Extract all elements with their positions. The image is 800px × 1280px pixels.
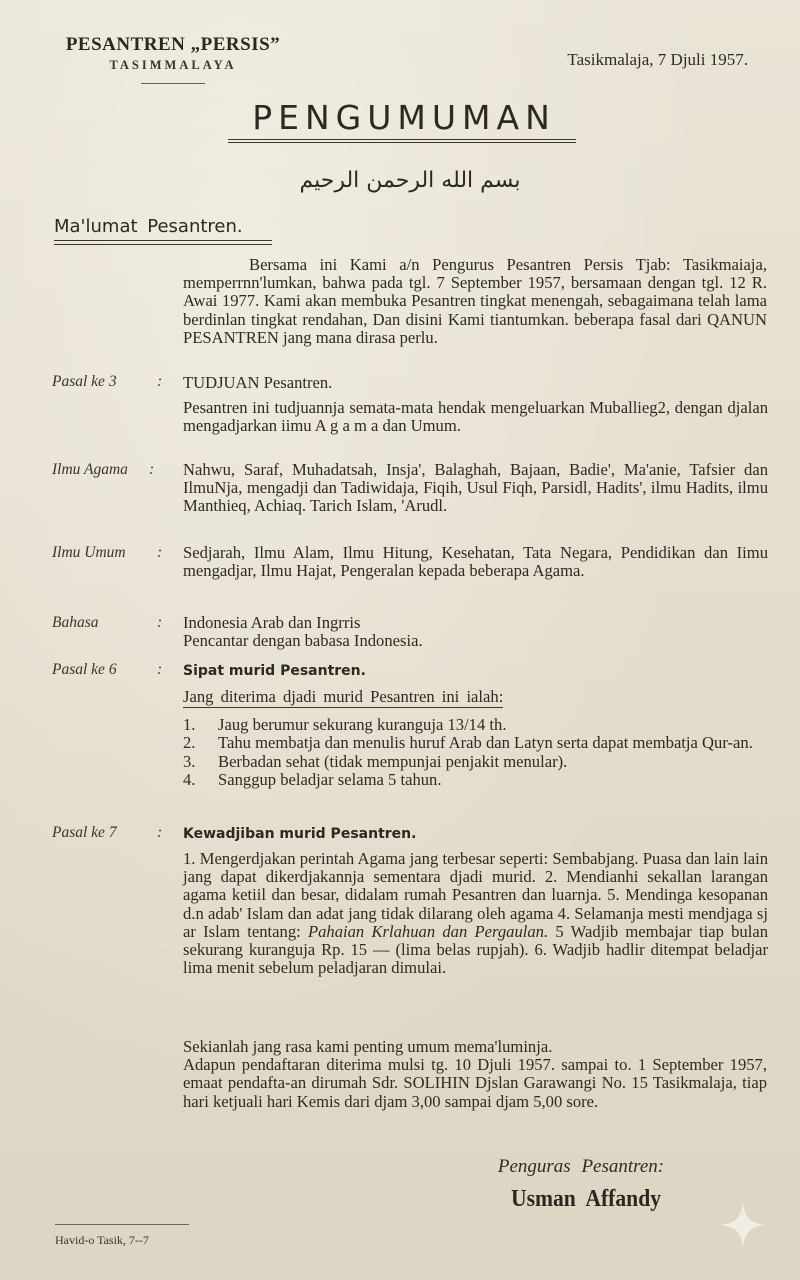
closing-line-1: Sekianlah jang rasa kami penting umum me…	[183, 1038, 767, 1056]
organization-name: PESANTREN „PERSIS”	[58, 34, 288, 56]
pasal-7: Pasal ke 7: Kewadjiban murid Pesantren. …	[52, 824, 768, 977]
title-block: PENGUMUMAN	[228, 98, 576, 143]
closing-paragraph: Sekianlah jang rasa kami penting umum me…	[183, 1038, 767, 1111]
printer-imprint: Havid-o Tasik, 7--7	[55, 1224, 189, 1248]
ilmu-agama-label: Ilmu Agama:	[52, 461, 183, 516]
pasal-3-text: Pesantren ini tudjuannja semata-mata hen…	[183, 399, 768, 435]
ilmu-agama-text: Nahwu, Saraf, Muhadatsah, Insja', Balagh…	[183, 461, 768, 516]
list-item: 1.Jaug berumur sekurang kuranguja 13/14 …	[183, 716, 768, 734]
pasal-6-label: Pasal ke 6:	[52, 661, 183, 789]
printer-text: Havid-o Tasik, 7--7	[55, 1233, 189, 1248]
letterhead-divider	[141, 83, 205, 84]
section-heading-underline	[54, 240, 272, 245]
ilmu-agama: Ilmu Agama: Nahwu, Saraf, Muhadatsah, In…	[52, 461, 768, 516]
organization-city: TASIMMALAYA	[58, 58, 288, 73]
printer-divider	[55, 1224, 189, 1225]
title-double-underline	[228, 139, 576, 143]
intro-paragraph: Bersama ini Kami a/n Pengurus Pesantren …	[183, 256, 767, 347]
ilmu-umum: Ilmu Umum: Sedjarah, Ilmu Alam, Ilmu Hit…	[52, 544, 768, 580]
bahasa-line-2: Pencantar dengan babasa Indonesia.	[183, 632, 768, 650]
signature-block: Penguras Pesantren: Usman Affandy	[486, 1156, 686, 1213]
letterhead: PESANTREN „PERSIS” TASIMMALAYA	[58, 34, 288, 84]
section-heading-text: Ma'lumat Pesantren.	[54, 216, 243, 237]
pasal-3: Pasal ke 3: TUDJUAN Pesantren. Pesantren…	[52, 373, 768, 435]
pasal-7-heading: Kewadjiban murid Pesantren.	[183, 824, 768, 844]
signatory-role: Penguras Pesantren:	[476, 1156, 686, 1178]
list-item: 4.Sanggup beladjar selama 5 tahun.	[183, 771, 768, 789]
bahasa: Bahasa: Indonesia Arab dan Ingrris Penca…	[52, 614, 768, 650]
pasal-6-subheading: Jang diterima djadi murid Pesantren ini …	[183, 688, 503, 708]
pasal-7-label: Pasal ke 7:	[52, 824, 183, 977]
bahasa-label: Bahasa:	[52, 614, 183, 650]
pasal-6-heading: Sipat murid Pesantren.	[183, 661, 768, 681]
pasal-3-heading: TUDJUAN Pesantren.	[183, 373, 768, 393]
bismillah-arabic: بسم الله الرحمن الرحيم	[290, 168, 530, 193]
list-item: 3.Berbadan sehat (tidak mempunjai penjak…	[183, 753, 768, 771]
pasal-6: Pasal ke 6: Sipat murid Pesantren. Jang …	[52, 661, 768, 789]
document-page: PESANTREN „PERSIS” TASIMMALAYA Tasikmala…	[0, 0, 800, 1280]
list-item: 2.Tahu membatja dan menulis huruf Arab d…	[183, 734, 768, 752]
sparkle-icon	[718, 1200, 768, 1250]
section-heading: Ma'lumat Pesantren.	[54, 216, 272, 245]
closing-registration-info: Adapun pendaftaran diterima mulsi tg. 10…	[183, 1056, 767, 1111]
bahasa-line-1: Indonesia Arab dan Ingrris	[183, 614, 768, 632]
pasal-7-text: 1. Mengerdjakan perintah Agama jang terb…	[183, 850, 768, 977]
pasal-7-italic-phrase: Pahaian Krlahuan dan Pergaulan.	[308, 922, 548, 941]
ilmu-umum-text: Sedjarah, Ilmu Alam, Ilmu Hitung, Keseha…	[183, 544, 768, 580]
ilmu-umum-label: Ilmu Umum:	[52, 544, 183, 580]
document-date: Tasikmalaja, 7 Djuli 1957.	[567, 50, 748, 70]
pasal-3-label: Pasal ke 3:	[52, 373, 183, 435]
signatory-name: Usman Affandy	[496, 1186, 676, 1213]
document-title: PENGUMUMAN	[232, 98, 576, 137]
admission-requirements-list: 1.Jaug berumur sekurang kuranguja 13/14 …	[183, 716, 768, 789]
